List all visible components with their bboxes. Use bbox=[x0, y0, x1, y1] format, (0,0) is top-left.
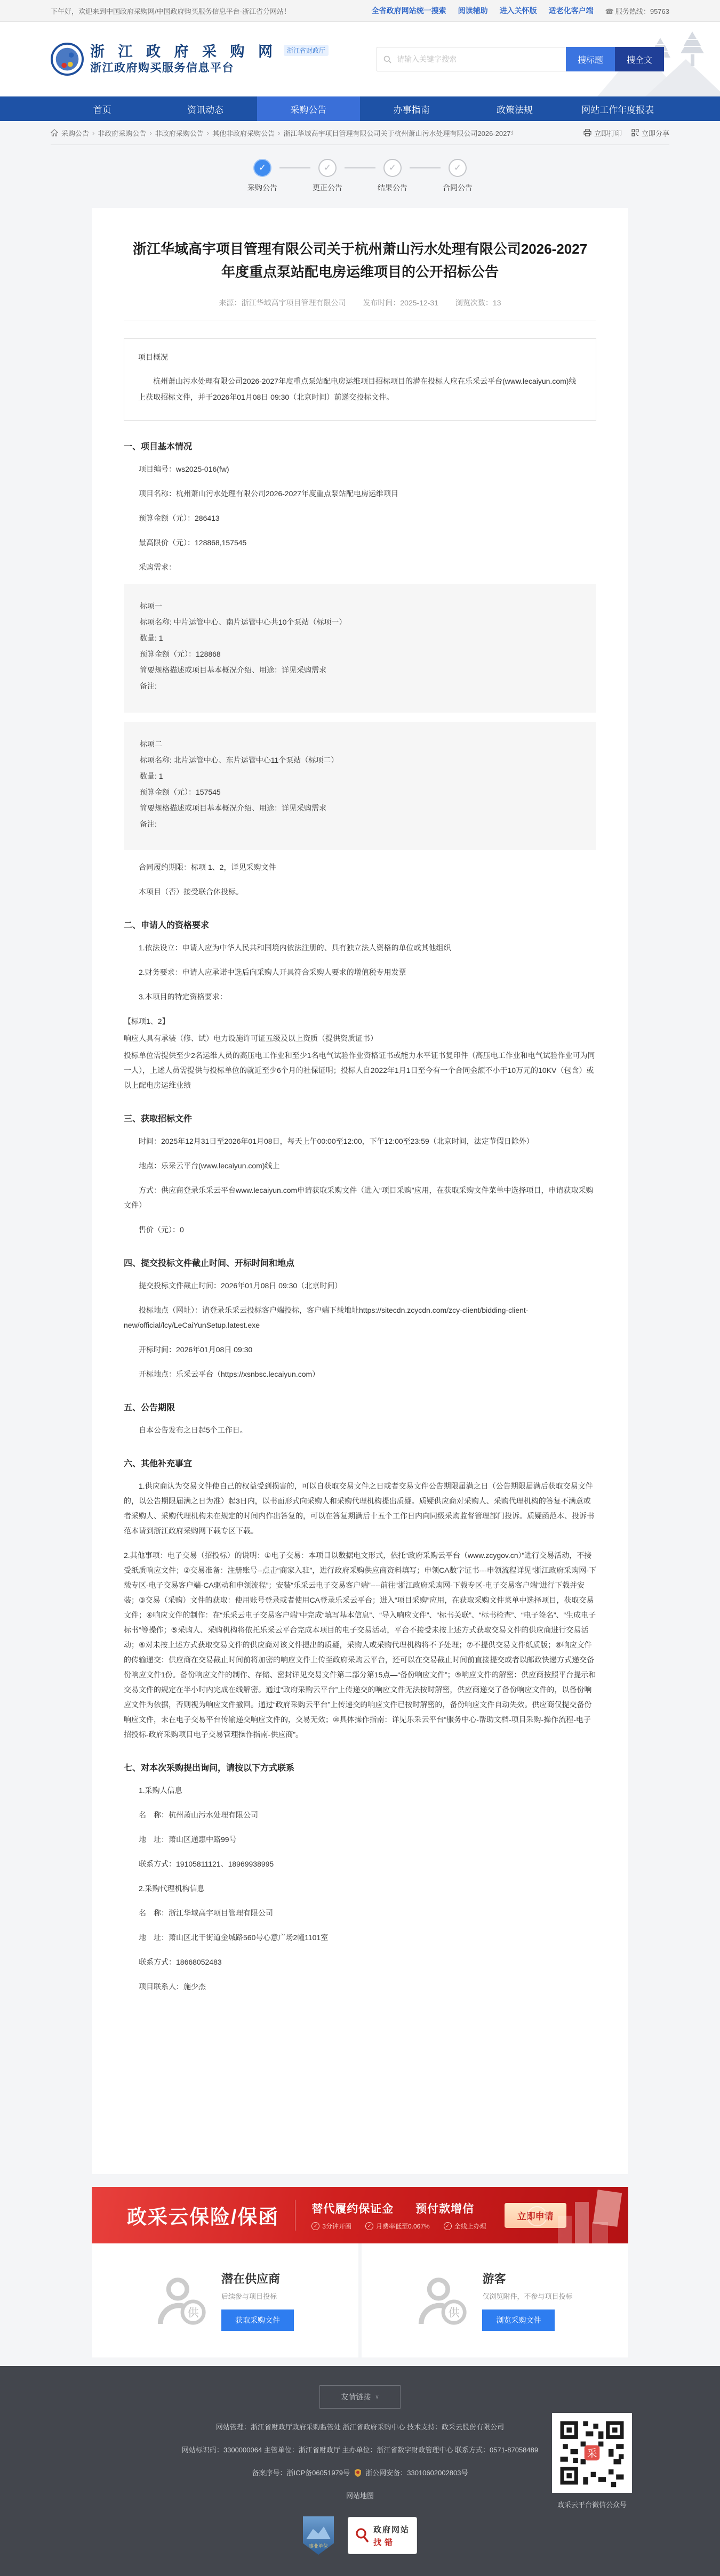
search-input[interactable] bbox=[396, 54, 559, 64]
check-icon: ✓ bbox=[253, 159, 271, 177]
doc-method: 方式：供应商登录乐采云平台www.lecaiyun.com申请获取采购文件（进入… bbox=[124, 1183, 596, 1213]
lot-2-name: 标项名称: 北片运管中心、东片运管中心11个泵站（标项二） bbox=[140, 752, 580, 768]
check-icon: ✓ bbox=[444, 2222, 452, 2230]
lot-2-quantity: 数量: 1 bbox=[140, 768, 580, 784]
section-4-heading: 四、提交投标文件截止时间、开标时间和地点 bbox=[124, 1256, 596, 1269]
site-footer: 友情链接∨ 网站管理：浙江省财政厅政府采购监管处 浙江省政府采购中心 技术支持：… bbox=[0, 2366, 720, 2576]
bid-place-url: 投标地点（网址）：请登录乐采云投标客户端投标，客户端下载地址https://si… bbox=[124, 1303, 596, 1333]
sitemap-link[interactable]: 网站地图 bbox=[346, 2492, 374, 2500]
search-fulltext-button[interactable]: 搜全文 bbox=[615, 47, 664, 71]
visitor-icon: 供 bbox=[417, 2275, 468, 2326]
project-number: 项目编号：ws2025-016(fw) bbox=[124, 462, 596, 477]
supplement-query: 1.供应商认为交易文件使自己的权益受到损害的，可以自获取交易文件之日或者交易文件… bbox=[124, 1479, 596, 1538]
lot-1-remark: 备注: bbox=[140, 678, 580, 694]
requirements-label: 采购需求： bbox=[124, 560, 596, 575]
doc-time: 时间：2025年12月31日至2026年01月08日，每天上午00:00至12:… bbox=[124, 1134, 596, 1149]
step-result-notice: ✓ 结果公告 bbox=[375, 159, 410, 193]
banner-subtitle-1: 替代履约保证金 bbox=[311, 2203, 394, 2215]
check-icon: ✓ bbox=[365, 2222, 373, 2230]
link-care-mode[interactable]: 进入关怀版 bbox=[500, 5, 537, 16]
share-button[interactable]: 立即分享 bbox=[631, 128, 669, 138]
gongan-badge-icon bbox=[354, 2469, 362, 2477]
share-qr-icon bbox=[631, 129, 639, 136]
purchaser-address: 地 址：萧山区通惠中路99号 bbox=[124, 1832, 596, 1847]
qualification-license: 响应人具有承装（修、试）电力设施许可证五级及以上资质（提供资质证书） bbox=[124, 1031, 596, 1046]
meta-publish-date: 发布时间：2025-12-31 bbox=[363, 298, 438, 307]
gov-site-error-report-badge[interactable]: 政府网站 找错 bbox=[348, 2517, 417, 2554]
project-name: 项目名称：杭州萧山污水处理有限公司2026-2027年度重点泵站配电房运维项目 bbox=[124, 486, 596, 501]
step-correction-notice: ✓ 更正公告 bbox=[310, 159, 345, 193]
page-title: 浙江华域高宇项目管理有限公司关于杭州萧山污水处理有限公司2026-2027年度重… bbox=[129, 238, 591, 284]
check-icon: ✓ bbox=[318, 159, 337, 177]
crumb-item-3[interactable]: 非政府采购公告 bbox=[155, 128, 204, 138]
article-meta: 来源：浙江华域高宇项目管理有限公司 发布时间：2025-12-31 浏览次数：1… bbox=[124, 297, 596, 308]
step-procurement-notice: ✓ 采购公告 bbox=[245, 159, 279, 193]
lot-2-budget: 预算金额（元）：157545 bbox=[140, 784, 580, 800]
notice-period: 自本公告发布之日起5个工作日。 bbox=[124, 1423, 596, 1438]
link-elder-client[interactable]: 适老化客户端 bbox=[549, 5, 594, 16]
section-6-heading: 六、其他补充事宜 bbox=[124, 1457, 596, 1469]
breadcrumb: 采购公告› 非政府采购公告› 非政府采购公告› 其他非政府采购公告› 浙江华域高… bbox=[51, 128, 583, 138]
meta-views: 浏览次数：13 bbox=[455, 298, 501, 307]
supplier-actions: 供 潜在供应商 后续参与项目投标 获取采购文件 供 游客 仅浏览附件，不参与项目… bbox=[92, 2243, 628, 2357]
agency-info-label: 2.采购代理机构信息 bbox=[124, 1881, 596, 1896]
icp-link[interactable]: 备案序号：浙ICP备06051979号 bbox=[252, 2469, 350, 2477]
link-reading-aid[interactable]: 阅读辅助 bbox=[458, 5, 488, 16]
breadcrumb-bar: 采购公告› 非政府采购公告› 非政府采购公告› 其他非政府采购公告› 浙江华域高… bbox=[0, 121, 720, 144]
lot-1-spec: 简要规格描述或项目基本概况介绍、用途：详见采购需求 bbox=[140, 662, 580, 678]
chevron-down-icon: ∨ bbox=[375, 2394, 379, 2400]
public-institution-badge[interactable]: 事业单位 bbox=[303, 2516, 334, 2555]
search-title-button[interactable]: 搜标题 bbox=[566, 47, 615, 71]
budget-amount: 预算金额（元）：286413 bbox=[124, 511, 596, 526]
dept-badge: 浙江省财政厅 bbox=[284, 45, 329, 56]
agency-name: 名 称：浙江华域高宇项目管理有限公司 bbox=[124, 1905, 596, 1920]
magnifier-icon bbox=[355, 2527, 369, 2543]
purchaser-name: 名 称：杭州萧山污水处理有限公司 bbox=[124, 1807, 596, 1822]
qualification-lots-label: 【标项1、2】 bbox=[124, 1014, 596, 1029]
overview-text: 杭州萧山污水处理有限公司2026-2027年度重点泵站配电房运维项目招标项目的潜… bbox=[138, 374, 582, 405]
emblem-icon bbox=[51, 43, 84, 76]
lot-1-title: 标项一 bbox=[140, 598, 580, 614]
crumb-item-4[interactable]: 其他非政府采购公告 bbox=[212, 128, 275, 138]
banner-title: 政采云保险/保函 bbox=[127, 2201, 279, 2230]
site-header: 浙 江 政 府 采 购 网 浙江政府购买服务信息平台 浙江省财政厅 搜标题 搜全… bbox=[0, 22, 720, 96]
lot-1-name: 标项名称: 中片运管中心、南片运管中心共10个泵站（标项一） bbox=[140, 614, 580, 630]
agency-address: 地 址：萧山区北干街道金城路560号心意广场2幢1101室 bbox=[124, 1930, 596, 1945]
announcement-article: 浙江华域高宇项目管理有限公司关于杭州萧山污水处理有限公司2026-2027年度重… bbox=[92, 208, 628, 2174]
nav-item-guide[interactable]: 办事指南 bbox=[360, 96, 463, 121]
nav-item-policy[interactable]: 政策法规 bbox=[463, 96, 566, 121]
supplement-etrade: 2.其他事项：电子交易（招投标）的说明：①电子交易：本项目以数据电文形式，依托“… bbox=[124, 1548, 596, 1742]
banner-decoration bbox=[527, 2187, 628, 2243]
meta-source: 来源：浙江华域高宇项目管理有限公司 bbox=[219, 298, 346, 307]
card-desc: 后续参与项目投标 bbox=[221, 2291, 294, 2301]
check-icon: ✓ bbox=[311, 2222, 319, 2230]
qualification-staff: 投标单位需提供至少2名运维人员的高压电工作业和至少1名电气试验作业资格证书或能力… bbox=[124, 1048, 596, 1093]
wechat-qr-block: 采 政采云平台微信公众号 bbox=[552, 2413, 632, 2509]
banner-feature-2: ✓月费率低至0.067% bbox=[365, 2222, 430, 2231]
qualification-specific-label: 3.本项目的特定资格要求： bbox=[124, 989, 596, 1004]
qr-code: 采 bbox=[552, 2413, 632, 2493]
lot-2-spec: 简要规格描述或项目基本概况介绍、用途：详见采购需求 bbox=[140, 800, 580, 816]
project-overview-box: 项目概况 杭州萧山污水处理有限公司2026-2027年度重点泵站配电房运维项目招… bbox=[124, 338, 596, 421]
potential-supplier-card: 供 潜在供应商 后续参与项目投标 获取采购文件 bbox=[92, 2243, 358, 2357]
card-title: 潜在供应商 bbox=[221, 2270, 294, 2287]
step-contract-notice: ✓ 合同公告 bbox=[441, 159, 475, 193]
section-2-heading: 二、申请人的资格要求 bbox=[124, 918, 596, 931]
svg-text:供: 供 bbox=[188, 2306, 199, 2319]
banner-feature-3: ✓全线上办理 bbox=[444, 2222, 486, 2231]
lot-1-budget: 预算金额（元）：128868 bbox=[140, 646, 580, 662]
search-icon bbox=[383, 55, 391, 63]
svg-text:供: 供 bbox=[449, 2306, 460, 2319]
section-5-heading: 五、公告期限 bbox=[124, 1401, 596, 1413]
printer-icon bbox=[583, 129, 591, 136]
home-icon bbox=[51, 129, 58, 136]
notice-steps: ✓ 采购公告 ✓ 更正公告 ✓ 结果公告 ✓ 合同公告 bbox=[0, 145, 720, 204]
site-title: 浙 江 政 府 采 购 网 bbox=[90, 43, 277, 61]
nav-item-annual-report[interactable]: 网站工作年度报表 bbox=[566, 96, 669, 121]
lot-2-title: 标项二 bbox=[140, 736, 580, 752]
crumb-item-2[interactable]: 非政府采购公告 bbox=[98, 128, 146, 138]
lot-2-box: 标项二 标项名称: 北片运管中心、东片运管中心11个泵站（标项二） 数量: 1 … bbox=[124, 722, 596, 851]
max-price: 最高限价（元）：128868,157545 bbox=[124, 535, 596, 550]
mountain-emblem-icon bbox=[306, 2523, 331, 2539]
nav-item-procurement-notice[interactable]: 采购公告 bbox=[257, 96, 360, 121]
section-1-heading: 一、项目基本情况 bbox=[124, 440, 596, 452]
main-nav: 首页 资讯动态 采购公告 办事指南 政策法规 网站工作年度报表 bbox=[0, 96, 720, 121]
browse-documents-button[interactable]: 浏览采购文件 bbox=[482, 2309, 555, 2331]
nav-item-news[interactable]: 资讯动态 bbox=[154, 96, 257, 121]
contract-term: 合同履约期限：标项 1、2，详见采购文件 bbox=[124, 860, 596, 875]
section-3-heading: 三、获取招标文件 bbox=[124, 1112, 596, 1124]
overview-title: 项目概况 bbox=[138, 350, 582, 365]
section-7-heading: 七、对本次采购提出询问，请按以下方式联系 bbox=[124, 1761, 596, 1773]
zcy-insurance-banner[interactable]: 政采云保险/保函 替代履约保证金 预付款增信 ✓3分钟开函 ✓月费率低至0.06… bbox=[92, 2187, 628, 2243]
nav-item-home[interactable]: 首页 bbox=[51, 96, 154, 121]
svg-text:采: 采 bbox=[587, 2448, 597, 2459]
open-place: 开标地点：乐采云平台（https://xsnbsc.lecaiyun.com） bbox=[124, 1367, 596, 1382]
check-icon: ✓ bbox=[449, 159, 467, 177]
crumb-current: 浙江华域高宇项目管理有限公司关于杭州萧山污水处理有限公司2026-2027年 bbox=[283, 128, 513, 138]
site-subtitle: 浙江政府购买服务信息平台 bbox=[90, 61, 277, 75]
lot-1-quantity: 数量: 1 bbox=[140, 630, 580, 646]
phone-icon: ☎ bbox=[605, 7, 614, 15]
qualification-finance: 2.财务要求：申请人应承诺中选后向采购人开具符合采购人要求的增值税专用发票 bbox=[124, 965, 596, 980]
open-time: 开标时间：2026年01月08日 09:30 bbox=[124, 1342, 596, 1357]
crumb-item-1[interactable]: 采购公告 bbox=[61, 128, 89, 138]
search-bar: 搜标题 搜全文 bbox=[377, 47, 664, 71]
card-desc: 仅浏览附件，不参与项目投标 bbox=[482, 2291, 572, 2301]
purchaser-info-label: 1.采购人信息 bbox=[124, 1783, 596, 1798]
doc-place: 地点：乐采云平台(www.lecaiyun.com)线上 bbox=[124, 1158, 596, 1173]
link-unified-search[interactable]: 全省政府网站统一搜索 bbox=[372, 5, 446, 16]
agency-phone: 联系方式：18668052483 bbox=[124, 1955, 596, 1969]
hotline: ☎服务热线：95763 bbox=[605, 6, 669, 16]
qr-caption: 政采云平台微信公众号 bbox=[552, 2499, 632, 2509]
check-icon: ✓ bbox=[383, 159, 402, 177]
print-button[interactable]: 立即打印 bbox=[583, 128, 622, 138]
banner-subtitle-2: 预付款增信 bbox=[415, 2203, 474, 2215]
qualification-legal: 1.依法设立：申请人应为中华人民共和国境内依法注册的、具有独立法人资格的单位或其… bbox=[124, 940, 596, 955]
greeting-text: 下午好，欢迎来到中国政府采购网/中国政府购买服务信息平台·浙江省分网站！ bbox=[51, 6, 291, 16]
top-utility-bar: 下午好，欢迎来到中国政府采购网/中国政府购买服务信息平台·浙江省分网站！ 全省政… bbox=[0, 0, 720, 22]
site-logo[interactable]: 浙 江 政 府 采 购 网 浙江政府购买服务信息平台 浙江省财政厅 bbox=[51, 43, 329, 76]
bid-deadline: 提交投标文件截止时间：2026年01月08日 09:30（北京时间） bbox=[124, 1278, 596, 1293]
supplier-icon: 供 bbox=[156, 2275, 207, 2326]
gongan-link[interactable]: 浙公网安备：33010602002803号 bbox=[365, 2469, 468, 2477]
banner-feature-1: ✓3分钟开函 bbox=[311, 2222, 351, 2231]
lot-2-remark: 备注: bbox=[140, 816, 580, 832]
lot-1-box: 标项一 标项名称: 中片运管中心、南片运管中心共10个泵站（标项一） 数量: 1… bbox=[124, 584, 596, 713]
divider bbox=[51, 144, 669, 145]
doc-price: 售价（元）：0 bbox=[124, 1222, 596, 1237]
purchaser-phone: 联系方式：19105811121、18969938995 bbox=[124, 1856, 596, 1871]
card-title: 游客 bbox=[482, 2270, 572, 2287]
joint-bid-statement: 本项目（否）接受联合体投标。 bbox=[124, 884, 596, 899]
project-contact: 项目联系人：施少杰 bbox=[124, 1979, 596, 1994]
get-documents-button[interactable]: 获取采购文件 bbox=[221, 2309, 294, 2331]
friend-links-dropdown[interactable]: 友情链接∨ bbox=[319, 2385, 401, 2409]
visitor-card: 供 游客 仅浏览附件，不参与项目投标 浏览采购文件 bbox=[362, 2243, 628, 2357]
